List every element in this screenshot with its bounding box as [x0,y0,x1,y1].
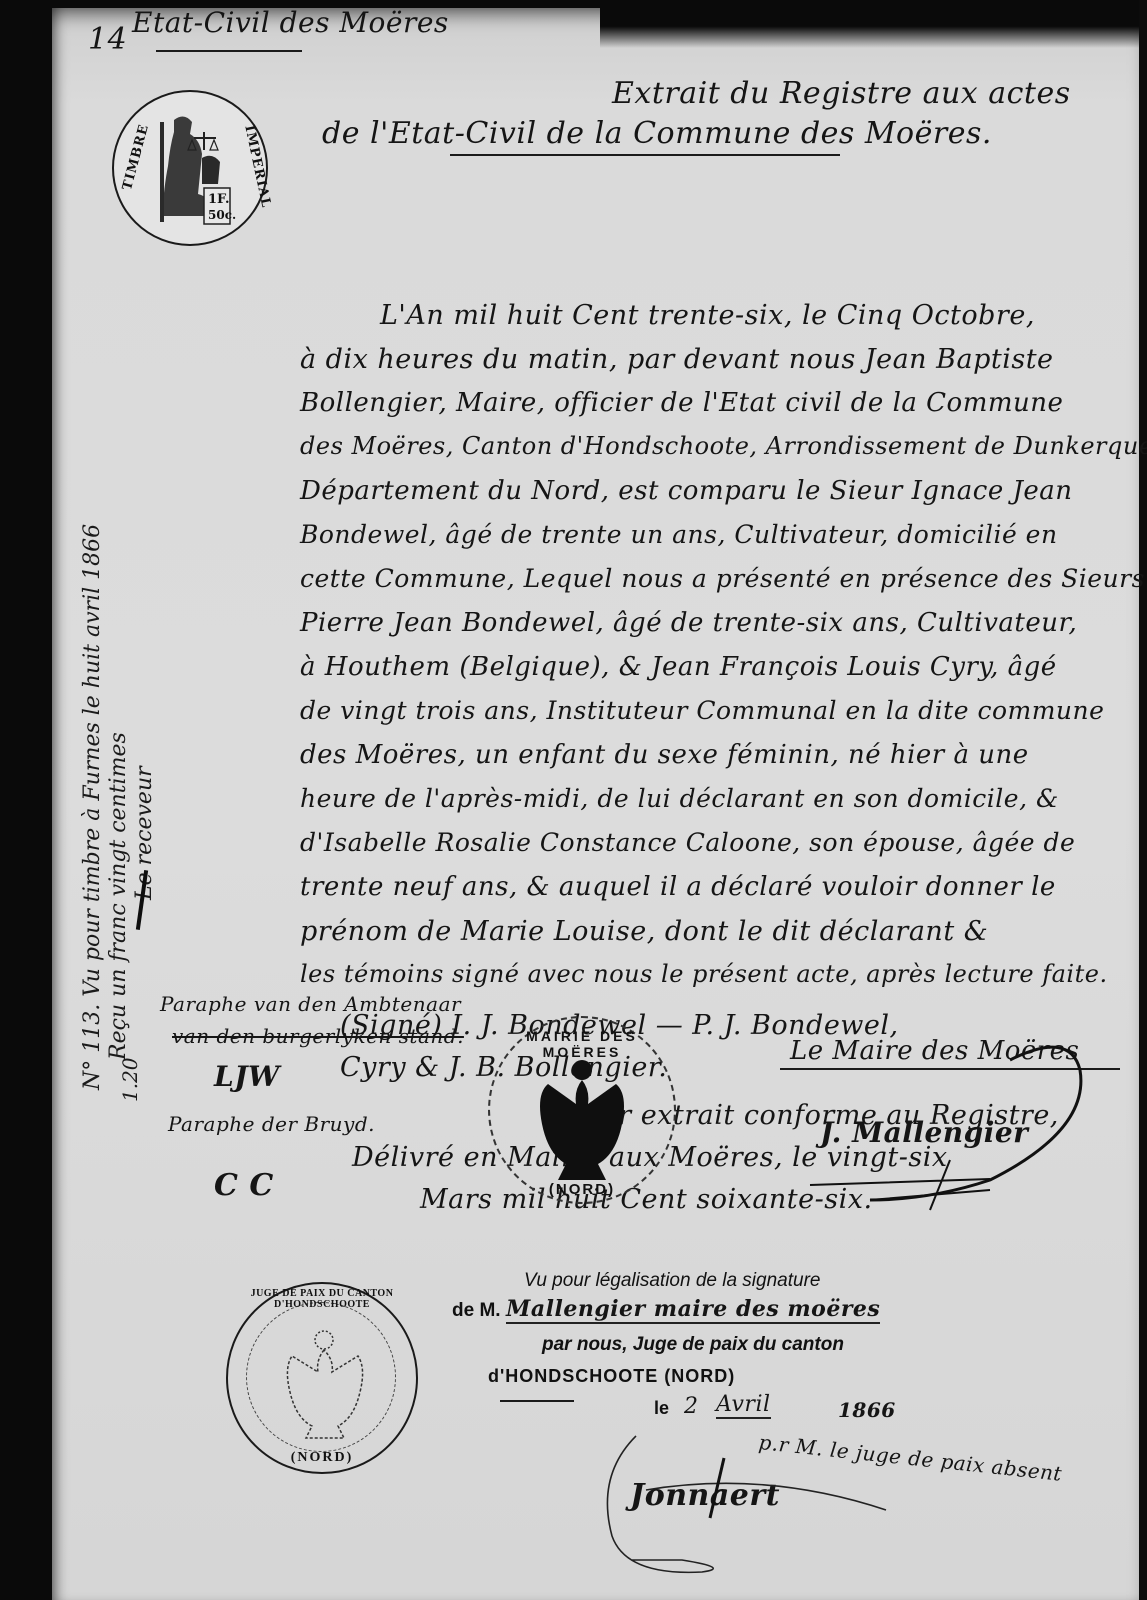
body-line: à Houthem (Belgique), & Jean François Lo… [300,652,1057,682]
margin-note-line-2: Reçu un franc vingt centimes [106,732,131,1060]
title-line-2: de l'Etat-Civil de la Commune des Moëres… [322,116,992,151]
archive-title: Etat-Civil des Moëres [132,6,449,39]
legalisation-line-3: par nous, Juge de paix du canton [542,1334,844,1356]
official-initials: LJW [214,1060,280,1093]
stamp-value-top: 1F. [208,192,230,207]
judge-flourish-icon [596,1430,916,1590]
body-line: Bollengier, Maire, officier de l'Etat ci… [300,388,1063,418]
folio-number: 14 [88,22,127,57]
title-line-1: Extrait du Registre aux actes [612,76,1071,111]
scan-shadow-right [1139,0,1147,1600]
body-line: Pierre Jean Bondewel, âgé de trente-six … [300,608,1077,638]
legalisation-date-month: Avril [716,1392,771,1419]
body-line: L'An mil huit Cent trente-six, le Cinq O… [380,300,1035,331]
body-line: de vingt trois ans, Instituteur Communal… [300,696,1104,725]
body-line: cette Commune, Lequel nous a présenté en… [300,564,1145,593]
mairie-seal-bottom: (NORD) [490,1181,674,1198]
body-line: des Moëres, un enfant du sexe féminin, n… [300,740,1029,770]
mairie-seal-text: MAIRIE DES MOËRES [490,1028,674,1060]
legalisation-date-day: 2 [684,1394,699,1419]
judge-seal-bottom: (NORD) [228,1450,416,1466]
body-line: heure de l'après-midi, de lui déclarant … [300,784,1059,813]
scan-shadow-top [600,0,1147,48]
stamp-value-bottom: 50c. [208,208,236,222]
judge-seal-ring-text: JUGE DE PAIX DU CANTON D'HONDSCHOOTE [228,1288,416,1310]
body-line: à dix heures du matin, par devant nous J… [300,344,1054,375]
body-line: des Moëres, Canton d'Hondschoote, Arrond… [300,432,1147,460]
body-line: trente neuf ans, & auquel il a déclaré v… [300,872,1056,902]
bride-paraph-label: Paraphe der Bruyd. [168,1112,375,1136]
judge-of-peace-seal: JUGE DE PAIX DU CANTON D'HONDSCHOOTE (NO… [226,1282,418,1474]
margin-note-amount: 1.20 [118,1057,142,1102]
mairie-seal: MAIRIE DES MOËRES (NORD) [488,1016,676,1204]
tax-stamp: TIMBRE IMPERIAL 1F. 50c. [112,90,268,246]
body-line: Département du Nord, est comparu le Sieu… [300,476,1073,506]
official-paraph-label-2: van den burgerlyken stand. [172,1024,464,1048]
mayor-flourish-icon [770,1020,1100,1220]
bride-initials: C C [214,1168,274,1203]
archive-title-underline [156,50,302,52]
legalisation-date-prefix: le [654,1398,669,1419]
legalisation-dash [500,1400,574,1402]
legalisation-line-1: Vu pour légalisation de la signature [524,1270,820,1292]
legalisation-date-year: 1866 [838,1398,896,1422]
legalisation-canton: d'HONDSCHOOTE (NORD) [488,1366,735,1387]
official-paraph-label-1: Paraphe van den Ambtenaar [160,992,461,1016]
legalisation-mayor-name: Mallengier maire des moëres [506,1296,880,1324]
body-line: prénom de Marie Louise, dont le dit décl… [300,916,988,947]
legalisation-prefix: de M. [452,1300,501,1322]
title-underline [450,154,840,156]
body-line: d'Isabelle Rosalie Constance Caloone, so… [300,828,1075,857]
eagle-outline-icon [228,1284,416,1472]
body-line: Bondewel, âgé de trente un ans, Cultivat… [300,520,1058,549]
body-line: les témoins signé avec nous le présent a… [300,960,1108,988]
margin-note-line-1: N° 113. Vu pour timbre à Furnes le huit … [80,524,105,1090]
